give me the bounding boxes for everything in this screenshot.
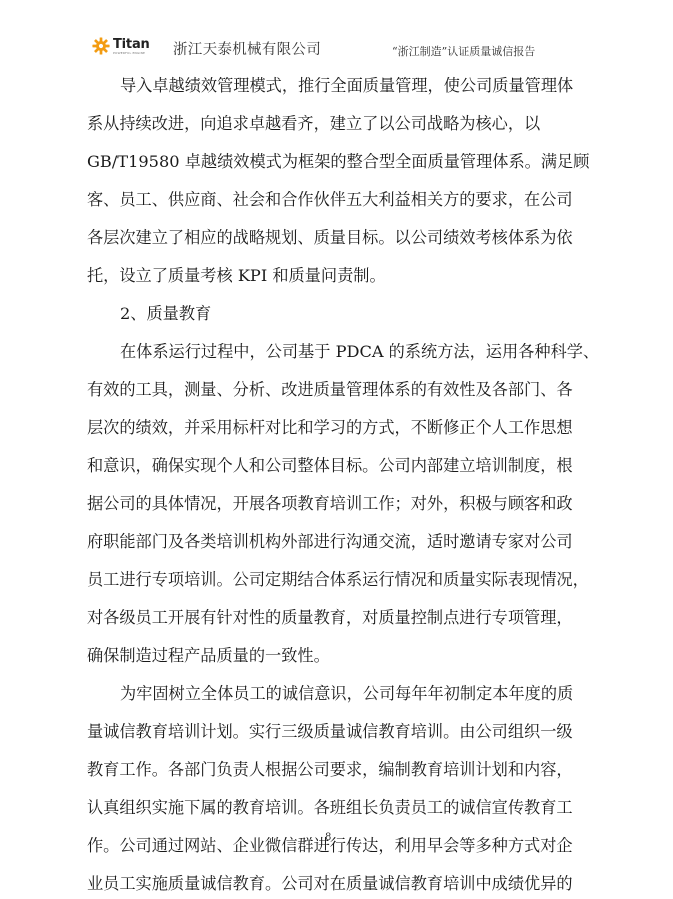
company-name: 浙江天泰机械有限公司 xyxy=(173,38,321,59)
paragraph-line: 有效的工具，测量、分析、改进质量管理体系的有效性及各部门、各 xyxy=(87,374,573,406)
paragraph-line: 认真组织实施下属的教育培训。各班组长负责员工的诚信宣传教育工 xyxy=(87,792,573,824)
paragraph-line: 对各级员工开展有针对性的质量教育，对质量控制点进行专项管理， xyxy=(87,602,573,634)
paragraph-line: 教育工作。各部门负责人根据公司要求，编制教育培训计划和内容， xyxy=(87,754,573,786)
paragraph-line: 和意识，确保实现个人和公司整体目标。公司内部建立培训制度，根 xyxy=(87,450,573,482)
page-header: Titan POWERFUL ENGINE 浙江天泰机械有限公司 “浙江制造”认… xyxy=(0,0,673,60)
paragraph-line: 各层次建立了相应的战略规划、质量目标。以公司绩效考核体系为依 xyxy=(87,222,573,254)
page-number: 8 xyxy=(325,832,331,843)
paragraph-first-line: 2、质量教育 xyxy=(120,298,211,330)
paragraph-line: 托，设立了质量考核 KPI 和质量问责制。 xyxy=(87,260,386,292)
gear-icon xyxy=(92,37,110,55)
paragraph-line: GB/T19580 卓越绩效模式为框架的整合型全面质量管理体系。满足顾 xyxy=(87,146,589,178)
paragraph-line: 员工进行专项培训。公司定期结合体系运行情况和质量实际表现情况， xyxy=(87,564,589,596)
company-logo: Titan POWERFUL ENGINE xyxy=(92,36,150,56)
report-title: “浙江制造”认证质量诚信报告 xyxy=(392,43,535,59)
paragraph-line: 确保制造过程产品质量的一致性。 xyxy=(87,640,330,672)
paragraph-line: 量诚信教育培训计划。实行三级质量诚信教育培训。由公司组织一级 xyxy=(87,716,573,748)
paragraph-first-line: 为牢固树立全体员工的诚信意识，公司每年年初制定本年度的质 xyxy=(120,678,573,710)
paragraph-first-line: 在体系运行过程中，公司基于 PDCA 的系统方法，运用各种科学、 xyxy=(120,336,599,368)
paragraph-line: 据公司的具体情况，开展各项教育培训工作；对外，积极与顾客和政 xyxy=(87,488,573,520)
paragraph-line: 客、员工、供应商、社会和合作伙伴五大利益相关方的要求，在公司 xyxy=(87,184,573,216)
logo-wordmark: Titan xyxy=(113,38,150,51)
paragraph-line: 府职能部门及各类培训机构外部进行沟通交流，适时邀请专家对公司 xyxy=(87,526,573,558)
logo-tagline: POWERFUL ENGINE xyxy=(113,52,150,55)
paragraph-first-line: 导入卓越绩效管理模式，推行全面质量管理，使公司质量管理体 xyxy=(120,70,573,102)
paragraph-line: 层次的绩效，并采用标杆对比和学习的方式，不断修正个人工作思想 xyxy=(87,412,573,444)
paragraph-line: 业员工实施质量诚信教育。公司对在质量诚信教育培训中成绩优异的 xyxy=(87,868,573,899)
paragraph-line: 系从持续改进，向追求卓越看齐，建立了以公司战略为核心，以 xyxy=(87,108,540,140)
